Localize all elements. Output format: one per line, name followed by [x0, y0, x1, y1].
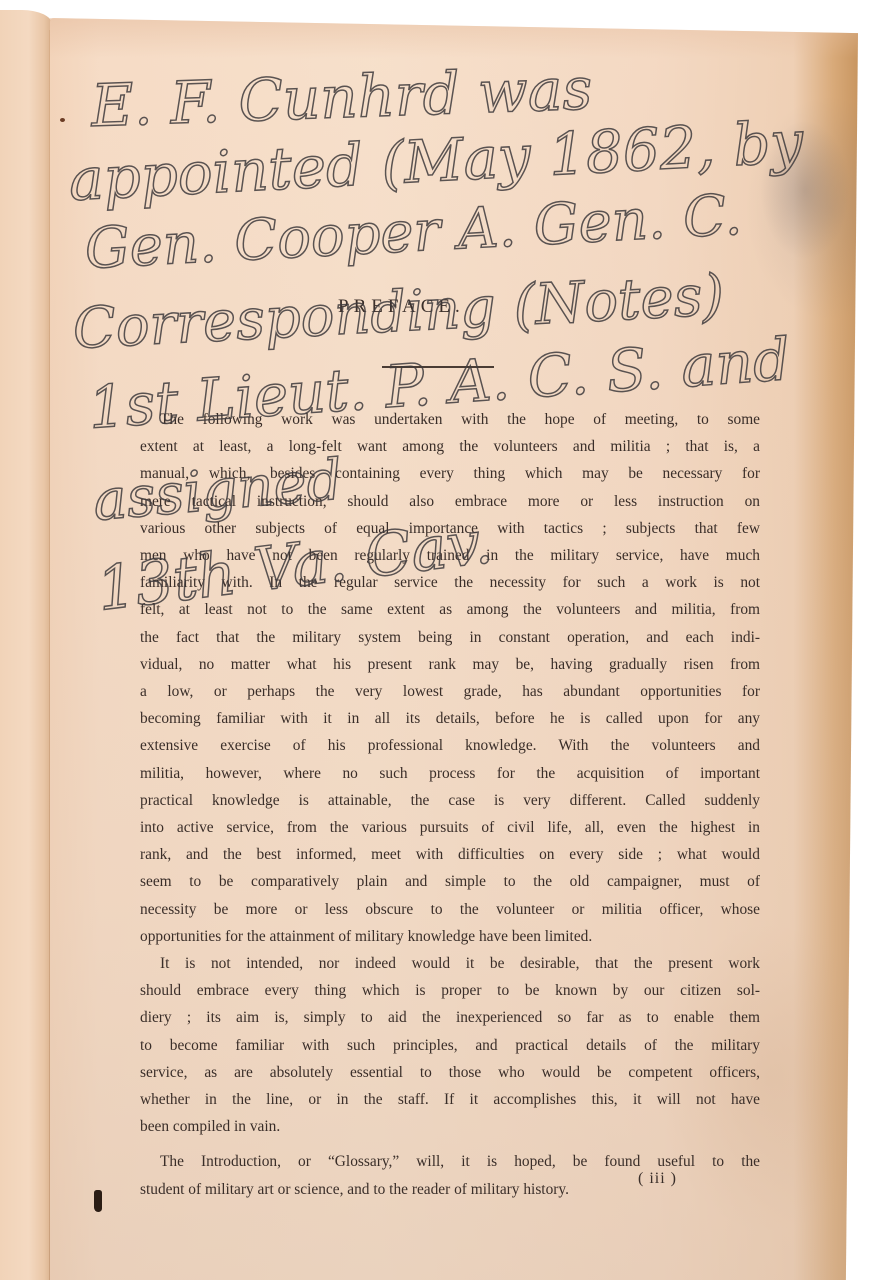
title-divider [382, 366, 494, 368]
ink-stain [94, 1190, 102, 1212]
text-line: militia, however, where no such process … [140, 760, 760, 787]
text-line: whether in the line, or in the staff. If… [140, 1086, 760, 1113]
text-line: into active service, from the various pu… [140, 814, 760, 841]
text-line: the fact that the military system being … [140, 624, 760, 651]
text-line: practical knowledge is attainable, the c… [140, 787, 760, 814]
text-line: rank, and the best informed, meet with d… [140, 841, 760, 868]
text-line: seem to be comparatively plain and simpl… [140, 868, 760, 895]
text-line: vidual, no matter what his present rank … [140, 651, 760, 678]
text-line: opportunities for the attainment of mili… [140, 923, 760, 950]
text-line: been compiled in vain. [140, 1113, 760, 1140]
text-line: necessity be more or less obscure to the… [140, 896, 760, 923]
page-number: ( iii ) [638, 1170, 677, 1188]
text-line: mere tactical instruction, should also e… [140, 488, 760, 515]
text-line: a low, or perhaps the very lowest grade,… [140, 678, 760, 705]
paragraph-2: It is not intended, nor indeed would it … [140, 950, 760, 1140]
text-line: service, as are absolutely essential to … [140, 1059, 760, 1086]
text-line: The following work was undertaken with t… [140, 406, 760, 433]
paragraph-gap [140, 1140, 760, 1148]
pencil-smudge [760, 120, 850, 260]
text-line: familiarity with. In the regular service… [140, 569, 760, 596]
text-line: extent at least, a long-felt want among … [140, 433, 760, 460]
text-line: to become familiar with such principles,… [140, 1032, 760, 1059]
text-line: men who have not been regularly trained … [140, 542, 760, 569]
preface-body: The following work was undertaken with t… [140, 406, 760, 1203]
page-title: PREFACE. [338, 296, 465, 318]
facing-page-edge [0, 10, 52, 1280]
text-line: becoming familiar with it in all its det… [140, 705, 760, 732]
text-line: should embrace every thing which is prop… [140, 977, 760, 1004]
text-line: extensive exercise of his professional k… [140, 732, 760, 759]
text-line: various other subjects of equal importan… [140, 515, 760, 542]
text-line: It is not intended, nor indeed would it … [140, 950, 760, 977]
text-line: diery ; its aim is, simply to aid the in… [140, 1004, 760, 1031]
ink-spot [60, 118, 65, 122]
paragraph-1: The following work was undertaken with t… [140, 406, 760, 950]
text-line: manual, which, besides containing every … [140, 460, 760, 487]
text-line: felt, at least not to the same extent as… [140, 596, 760, 623]
